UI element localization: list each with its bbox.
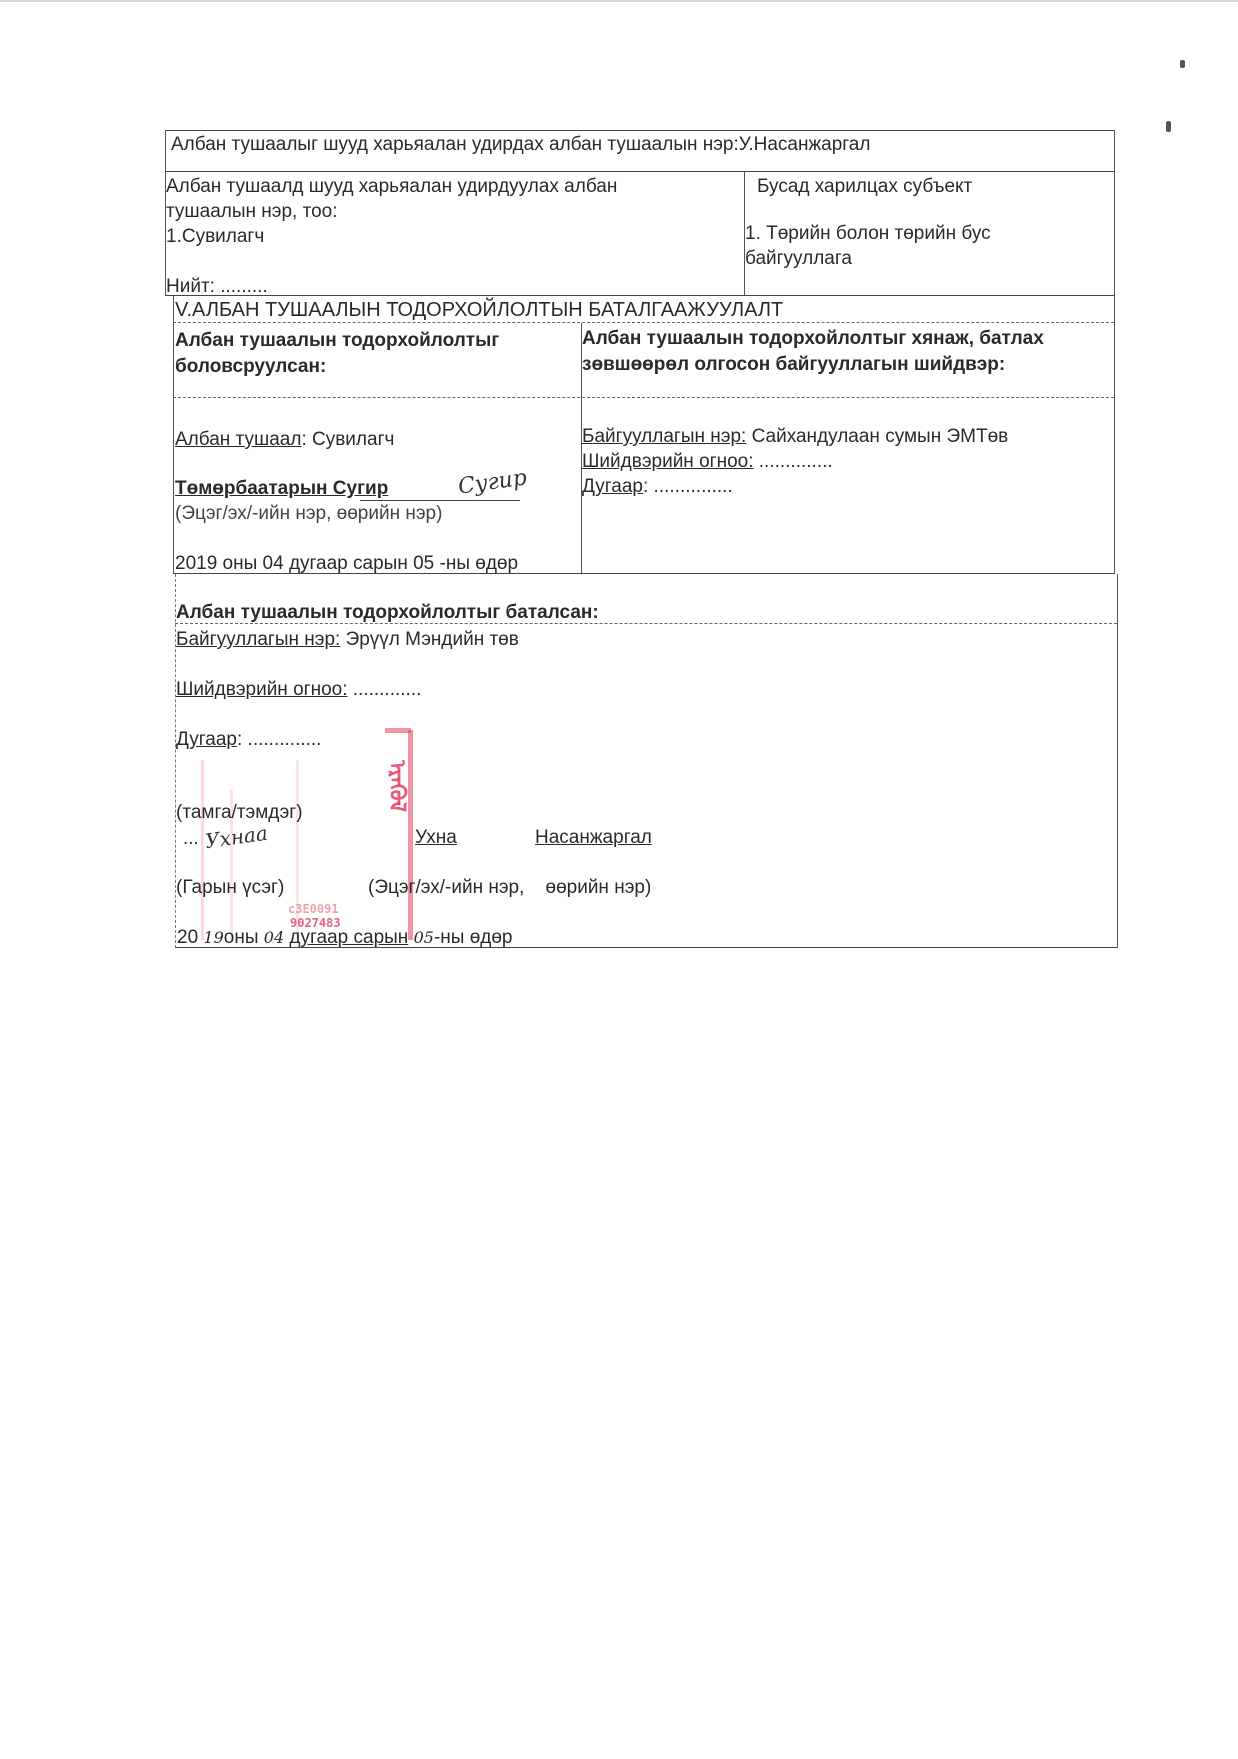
signer-name: Насанжаргал — [535, 827, 652, 849]
org-name-field: Байгууллагын нэр: Сайхандулаан сумын ЭМТ… — [582, 426, 1008, 448]
other-subject-item-line2: байгууллага — [745, 248, 852, 270]
decision-date-value: .............. — [753, 451, 832, 472]
signature-caption: (Гарын үсэг) — [176, 877, 284, 899]
prepared-by-header-line2: боловсруулсан: — [175, 356, 326, 378]
approval-org-value: Эрүүл Мэндийн төв — [340, 629, 519, 650]
date-day-handwritten: 05 — [414, 928, 434, 947]
date-mid-2: дугаар сарын — [289, 927, 408, 948]
prepared-date: 2019 оны 04 дугаар сарын 05 -ны өдөр — [175, 553, 518, 575]
approval-decision-date-label: Шийдвэрийн огноо: — [176, 679, 347, 700]
preparer-signature: Сугир — [457, 465, 529, 499]
subordinate-item: 1.Сувилагч — [166, 226, 264, 248]
stamp-script: ᠡᠷᠡᠭᠦᠯ — [378, 760, 416, 940]
approval-number-value: : .............. — [237, 729, 321, 750]
preparer-signature-line — [360, 500, 520, 501]
approval-number-label: Дугаар — [176, 729, 237, 750]
prepared-by-header-line1: Албан тушаалын тодорхойлолтыг — [175, 330, 499, 352]
decision-date-field: Шийдвэрийн огноо: .............. — [582, 451, 833, 473]
date-prefix: 20 — [177, 927, 198, 948]
section-title: V.АЛБАН ТУШААЛЫН ТОДОРХОЙЛОЛТЫН БАТАЛГАА… — [175, 299, 783, 321]
scan-artifact-mark — [1180, 60, 1185, 68]
approval-header: Албан тушаалын тодорхойлолтыг баталсан: — [176, 602, 599, 624]
signer-name-caption: (Эцэг/эх/-ийн нэр, өөрийн нэр) — [368, 877, 651, 899]
org-name-label: Байгууллагын нэр: — [582, 426, 746, 447]
stamp-code-1: сЗЕ0091 — [288, 902, 339, 916]
approval-decision-header-line1: Албан тушаалын тодорхойлолтыг хянаж, бат… — [582, 328, 1044, 350]
approver-signature: Ухнаа — [204, 821, 269, 854]
preparer-name: Төмөрбаатарын Сугир — [175, 478, 388, 500]
position-value: : Сувилагч — [301, 429, 394, 450]
supervisor-row: Албан тушаалыг шууд харьяалан удирдах ал… — [171, 134, 870, 156]
approval-decision-date-value: ............. — [347, 679, 421, 700]
date-mid-1: оны — [224, 927, 259, 948]
seal-caption: (тамга/тэмдэг) — [176, 802, 303, 824]
signature-dots: ... — [183, 828, 199, 850]
other-subject-item-line1: 1. Төрийн болон төрийн бус — [745, 223, 991, 245]
decision-number-value: : ............... — [643, 476, 733, 497]
date-month-handwritten: 04 — [264, 928, 284, 947]
decision-number-label: Дугаар — [582, 476, 643, 497]
approval-number-field: Дугаар: .............. — [176, 729, 321, 751]
date-year-handwritten: 19 — [203, 928, 223, 947]
signer-patronymic: Ухна — [415, 827, 457, 849]
date-suffix: -ны өдөр — [434, 927, 513, 948]
approval-org-label: Байгууллагын нэр: — [176, 629, 340, 650]
approval-org-field: Байгууллагын нэр: Эрүүл Мэндийн төв — [176, 629, 519, 651]
other-subjects-label: Бусад харилцах субъект — [757, 176, 972, 198]
approval-decision-date-field: Шийдвэрийн огноо: ............. — [176, 679, 421, 701]
subordinates-total: Нийт: ......... — [166, 276, 268, 298]
preparer-name-caption: (Эцэг/эх/-ийн нэр, өөрийн нэр) — [175, 503, 442, 525]
position-field: Албан тушаал: Сувилагч — [175, 429, 394, 451]
scan-artifact-mark — [1166, 121, 1171, 132]
decision-date-label: Шийдвэрийн огноо: — [582, 451, 753, 472]
scan-edge — [0, 0, 1238, 2]
approval-decision-header-line2: зөвшөөрөл олгосон байгууллагын шийдвэр: — [582, 354, 1005, 376]
position-label: Албан тушаал — [175, 429, 301, 450]
approval-date: 20 19оны 04 дугаар сарын 05-ны өдөр — [177, 927, 512, 949]
subordinates-label-line1: Албан тушаалд шууд харьяалан удирдуулах … — [166, 176, 617, 198]
org-name-value: Сайхандулаан сумын ЭМТөв — [746, 426, 1008, 447]
decision-number-field: Дугаар: ............... — [582, 476, 733, 498]
subordinates-label-line2: тушаалын нэр, тоо: — [166, 201, 338, 223]
